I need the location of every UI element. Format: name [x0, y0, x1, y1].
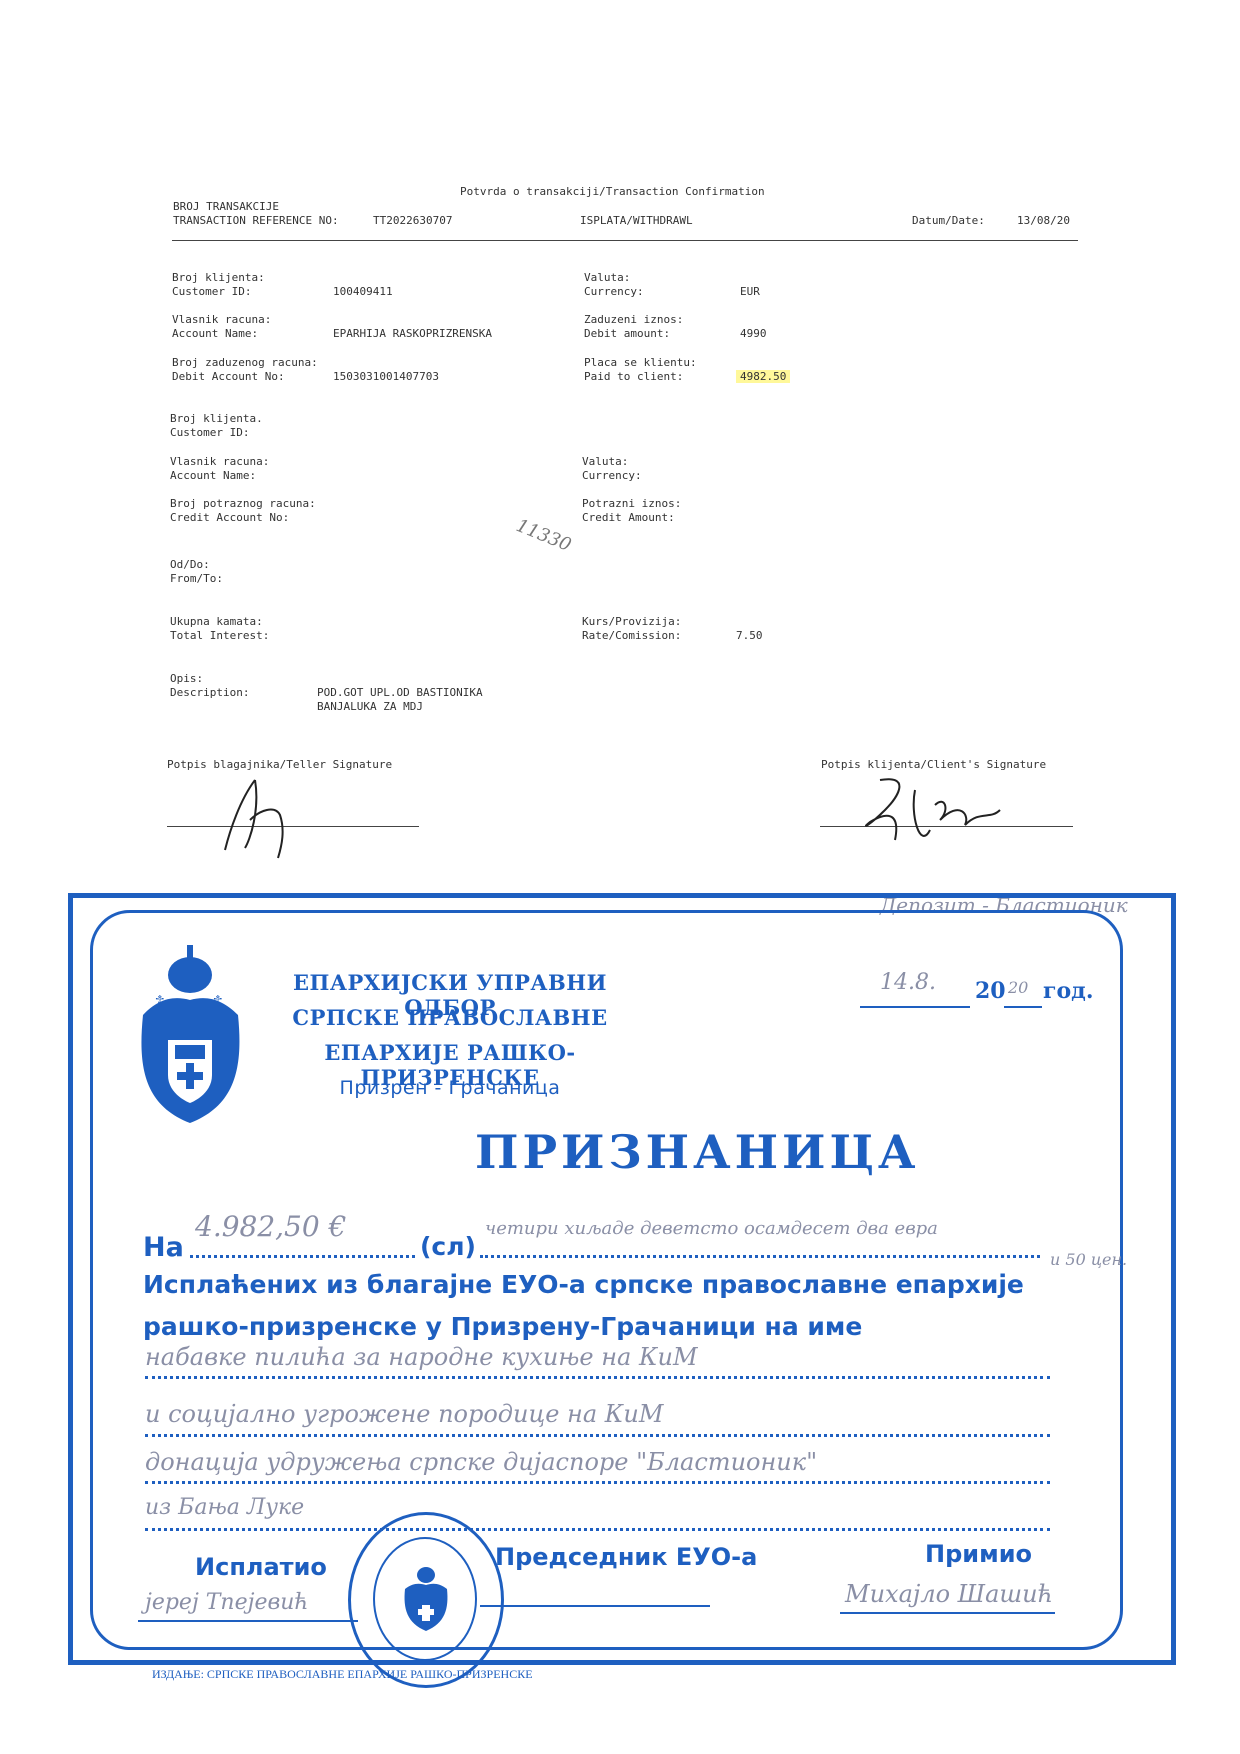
amount-handwritten: 4.982,50 € [195, 1210, 346, 1243]
coat-of-arms-icon: ☦ ☦ [133, 945, 248, 1125]
label: Account Name: [170, 469, 256, 483]
year-prefix: 20 [975, 978, 1006, 1004]
confirmation-title: Potvrda o transakciji/Transaction Confir… [460, 185, 765, 199]
president-line [480, 1605, 710, 1607]
purpose-line: набавке пилића за народне кухиње на КиМ [145, 1343, 698, 1371]
date-label: Datum/Date: [912, 214, 985, 228]
body-line-2: рашко-призренске у Призрену-Грачаници на… [143, 1312, 862, 1341]
label: Valuta: [582, 455, 628, 469]
label: Broj zaduzenog racuna: [172, 356, 318, 370]
paid-by-handwritten: јереј Тпејевић [145, 1590, 309, 1615]
customer-id-value: 100409411 [333, 285, 393, 299]
amount-dotted-line [190, 1255, 415, 1258]
purpose-dotted-line [145, 1434, 1050, 1437]
client-signature [840, 770, 1040, 860]
rate-value: 7.50 [736, 629, 763, 643]
svg-text:☦: ☦ [213, 994, 223, 1012]
ref-label-2: TRANSACTION REFERENCE NO: [173, 214, 339, 228]
received-label: Примио [925, 1540, 1032, 1568]
receipt-footer: ИЗДАЊЕ: СРПСКЕ ПРАВОСЛАВНЕ ЕПАРХИЈЕ РАШК… [152, 1667, 533, 1682]
amount-prefix: На [143, 1232, 184, 1263]
received-handwritten: Михајло Шашић [845, 1580, 1053, 1608]
transaction-type: ISPLATA/WITHDRAWL [580, 214, 693, 228]
amount-words-cont: и 50 цен. [1050, 1250, 1127, 1269]
label: Broj potraznog racuna: [170, 497, 316, 511]
label: Od/Do: [170, 558, 210, 572]
label: Valuta: [584, 271, 630, 285]
purpose-line: и социјално угрожене породице на КиМ [145, 1400, 663, 1428]
label: Vlasnik racuna: [172, 313, 271, 327]
label: Total Interest: [170, 629, 269, 643]
label: Debit Account No: [172, 370, 285, 384]
label: From/To: [170, 572, 223, 586]
description-value: POD.GOT UPL.OD BASTIONIKA [317, 686, 483, 700]
label: Broj klijenta: [172, 271, 265, 285]
date-handwritten: 14.8. [880, 970, 936, 995]
body-line-1: Исплаћених из благајне ЕУО-а српске прав… [143, 1270, 1024, 1299]
label: Vlasnik racuna: [170, 455, 269, 469]
label: Placa se klientu: [584, 356, 697, 370]
label: Opis: [170, 672, 203, 686]
label: Currency: [584, 285, 644, 299]
president-label: Председник ЕУО-а [495, 1543, 757, 1571]
paid-by-line [138, 1620, 358, 1622]
paid-by-label: Исплатио [195, 1553, 327, 1581]
label: Paid to client: [584, 370, 683, 384]
label: Customer ID: [172, 285, 251, 299]
label: Zaduzeni iznos: [584, 313, 683, 327]
label: Ukupna kamata: [170, 615, 263, 629]
svg-text:☦: ☦ [155, 994, 165, 1012]
teller-signature [200, 770, 320, 860]
ref-value: TT2022630707 [373, 214, 452, 228]
year-suffix: год. [1043, 978, 1093, 1004]
org-line-2: СРПСКЕ ПРАВОСЛАВНЕ [270, 1005, 630, 1030]
official-stamp [348, 1512, 504, 1688]
purpose-line: из Бања Луке [145, 1495, 304, 1520]
label: Customer ID: [170, 426, 249, 440]
divider [172, 240, 1078, 241]
label: Debit amount: [584, 327, 670, 341]
amount-words-prefix: (сл) [420, 1232, 476, 1261]
purpose-dotted-line [145, 1376, 1050, 1379]
paid-to-client-value: 4982.50 [736, 370, 790, 383]
account-name-value: EPARHIJA RASKOPRIZRENSKA [333, 327, 492, 341]
year-line [1004, 1006, 1042, 1008]
label: Kurs/Provizija: [582, 615, 681, 629]
amount-words-dotted-line [480, 1255, 1040, 1258]
description-value: BANJALUKA ZA MDJ [317, 700, 423, 714]
label: Rate/Comission: [582, 629, 681, 643]
purpose-dotted-line [145, 1528, 1050, 1531]
receipt-title: ПРИЗНАНИЦА [475, 1125, 919, 1179]
year-handwritten: 20 [1008, 978, 1028, 997]
purpose-dotted-line [145, 1481, 1050, 1484]
debit-amount-value: 4990 [740, 327, 767, 341]
ref-label-1: BROJ TRANSAKCIJE [173, 200, 279, 214]
currency-value: EUR [740, 285, 760, 299]
label: Broj klijenta. [170, 412, 263, 426]
handwritten-number: 11330 [513, 515, 574, 556]
date-line [860, 1006, 970, 1008]
label: Description: [170, 686, 249, 700]
label: Currency: [582, 469, 642, 483]
label: Credit Amount: [582, 511, 675, 525]
debit-account-value: 1503031001407703 [333, 370, 439, 384]
label: Account Name: [172, 327, 258, 341]
label: Potrazni iznos: [582, 497, 681, 511]
amount-words-handwritten: четири хиљаде деветсто осамдесет два евр… [485, 1218, 1085, 1239]
received-line [840, 1612, 1055, 1614]
purpose-line: донација удружења српске дијаспоре "Блас… [145, 1448, 817, 1476]
date-value: 13/08/20 [1017, 214, 1070, 228]
org-line-4: Призрен - Грачаница [270, 1077, 630, 1099]
stamp-coat-of-arms-icon [401, 1565, 451, 1631]
label: Credit Account No: [170, 511, 289, 525]
